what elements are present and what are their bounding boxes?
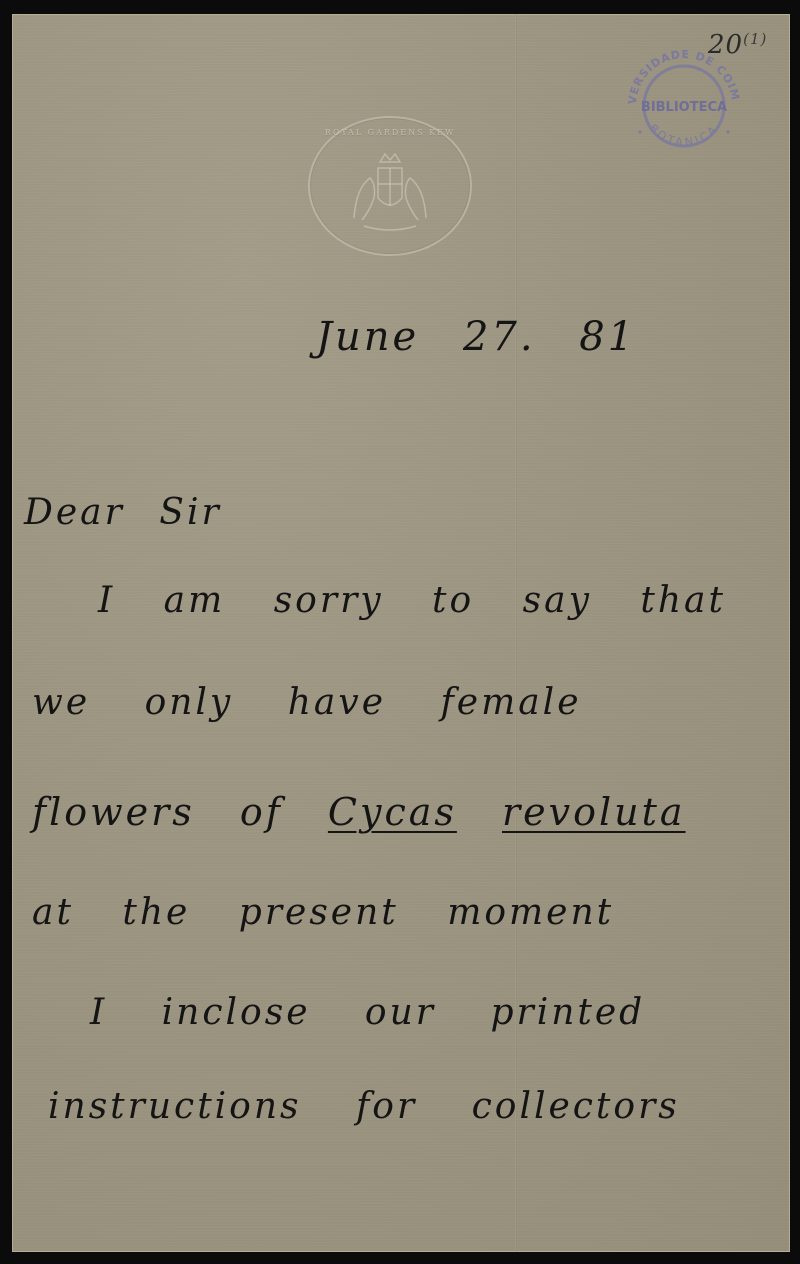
letter-line: at the present moment <box>32 892 614 933</box>
coat-of-arms-icon <box>340 148 440 238</box>
species-epithet: revoluta <box>502 790 686 834</box>
species-genus: Cycas <box>328 790 457 834</box>
letter-line: I inclose our printed <box>90 992 645 1033</box>
svg-text:BIBLIOTECA: BIBLIOTECA <box>641 100 727 115</box>
archive-number-sub: (1) <box>743 30 767 48</box>
scan-frame: ROYAL GARDENS KEW <box>0 0 800 1264</box>
letter-line-text: flowers of <box>32 790 283 834</box>
letter-salutation: Dear Sir <box>24 492 222 533</box>
letter-line: flowers of Cycas revoluta <box>32 790 686 834</box>
letter-line: instructions for collectors <box>48 1086 680 1127</box>
letter-line: I am sorry to say that <box>98 580 726 621</box>
svg-text:BOTANICA: BOTANICA <box>647 122 721 149</box>
letter-page: ROYAL GARDENS KEW <box>12 14 790 1252</box>
archive-number-main: 20 <box>708 30 743 60</box>
letter-date: June 27. 81 <box>316 314 636 360</box>
letter-line: we only have female <box>32 682 582 723</box>
embossed-seal: ROYAL GARDENS KEW <box>308 116 472 256</box>
archive-number: 20(1) <box>708 30 767 60</box>
seal-text: ROYAL GARDENS KEW <box>310 128 470 137</box>
fold-line <box>515 14 517 1252</box>
